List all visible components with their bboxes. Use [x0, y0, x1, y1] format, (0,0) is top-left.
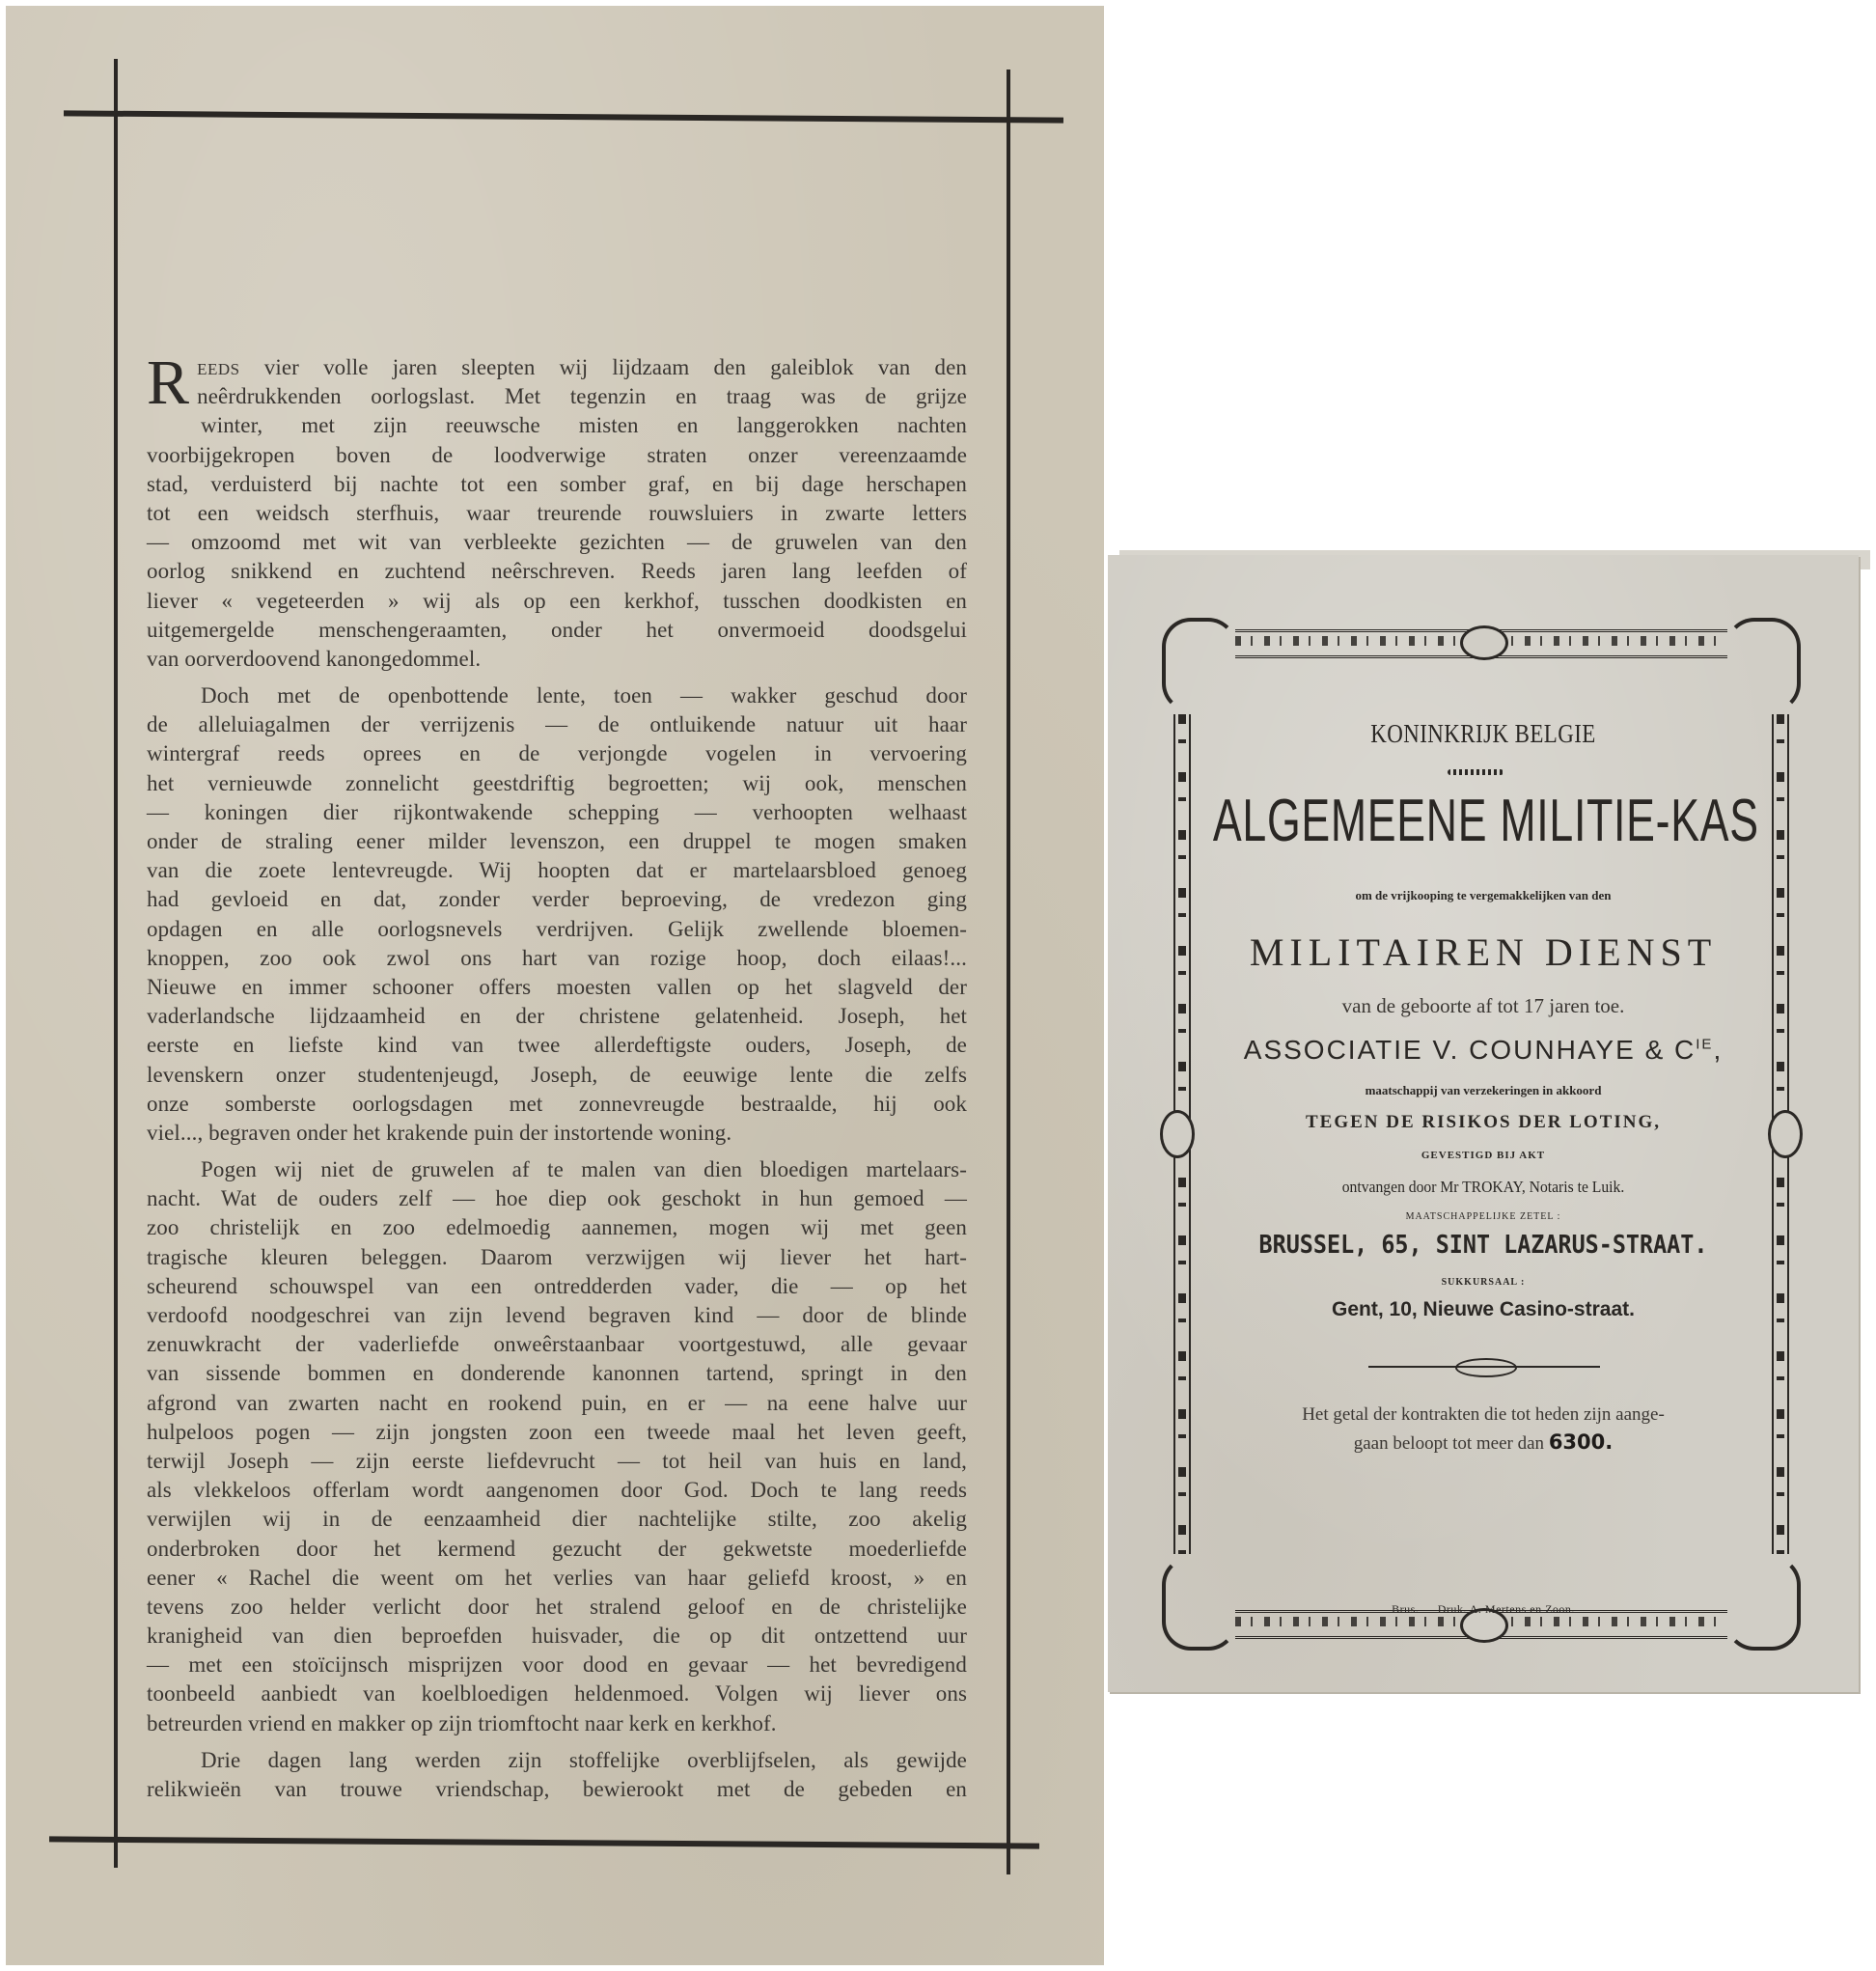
text-line: — koningen dier rijkontwakende schepping… — [147, 798, 967, 827]
text-line: betreurden vriend en makker op zijn trio… — [147, 1709, 967, 1738]
text-line: oorlog snikkend en zuchtend neêrschreven… — [147, 557, 967, 586]
text-line: van die zoete lentevreugde. Wij hoopten … — [147, 856, 967, 885]
text-line: neêrdrukkenden oorlogslast. Met tegenzin… — [147, 382, 967, 411]
drop-cap: R — [147, 355, 189, 411]
text-line: liever « vegeteerden » wij als op een ke… — [147, 587, 967, 616]
contracts-line-2: gaan beloopt tot meer dan 6300. — [1108, 1430, 1859, 1455]
left-rule — [114, 59, 118, 1868]
lottery-risk-line: TEGEN DE RISIKOS DER LOTING, — [1108, 1112, 1859, 1133]
text-line: onze somberste oorlogsdagen met zonnevre… — [147, 1090, 967, 1119]
text-line: Nieuwe en immer schooner offers moesten … — [147, 973, 967, 1002]
contracts-line-1: Het getal der kontrakten die tot heden z… — [1108, 1404, 1859, 1426]
text-line: van sissende bommen en donderende kanonn… — [147, 1359, 967, 1388]
text-line: knoppen, zoo ook zwol ons hart van rozig… — [147, 944, 967, 973]
text-line: voorbijgekropen boven de loodverwige str… — [147, 441, 967, 470]
text-line: zenuwkracht der vaderliefde onweêrstaanb… — [147, 1330, 967, 1359]
text-line: relikwieën van trouwe vriendschap, bewie… — [147, 1775, 967, 1804]
seat-label: MAATSCHAPPELIJKE ZETEL : — [1108, 1211, 1859, 1222]
text-line: het vernieuwde zonnelicht geestdriftig b… — [147, 769, 967, 798]
text-line: hulpeloos pogen — zijn jongsten zoon een… — [147, 1418, 967, 1447]
ornament-corner-tr — [1725, 618, 1801, 712]
text-line: — omzoomd met wit van verbleekte gezicht… — [147, 528, 967, 557]
text-line: winter, met zijn reeuwsche misten en lan… — [147, 411, 967, 440]
branch-address: Gent, 10, Nieuwe Casino-straat. — [1108, 1298, 1859, 1321]
company-description: maatschappij van verzekeringen in akkoor… — [1108, 1083, 1859, 1098]
bottom-rule — [49, 1836, 1039, 1848]
ornament-corner-tl — [1162, 618, 1237, 712]
obituary-text: R EEDS vier volle jaren sleepten wij lij… — [147, 353, 967, 1812]
right-rule — [1007, 69, 1010, 1874]
militia-advert-card: KONINKRIJK BELGIE ALGEMEENE MILITIE-KAS … — [1108, 555, 1859, 1692]
main-title: ALGEMEENE MILITIE-KAS — [1213, 787, 1753, 855]
text-line: uitgemergelde menschengeraamten, onder h… — [147, 616, 967, 645]
text-line: eerste en liefste kind van twee allerdef… — [147, 1031, 967, 1060]
seat-address: BRUSSEL, 65, SINT LAZARUS-STRAAT. — [1145, 1231, 1821, 1260]
top-rule — [64, 110, 1063, 123]
text-line: had gevloeid en dat, zonder verder bepro… — [147, 885, 967, 914]
notary-line: ontvangen door Mr TROKAY, Notaris te Lui… — [1138, 1178, 1829, 1197]
purpose-line: om de vrijkooping te vergemakkelijken va… — [1108, 888, 1859, 903]
paragraph-4: Drie dagen lang werden zijn stoffelijke … — [147, 1746, 967, 1804]
branch-label: SUKKURSAAL : — [1108, 1277, 1859, 1288]
established-label: GEVESTIGD BIJ AKT — [1108, 1150, 1859, 1161]
text-line: stad, verduisterd bij nachte tot een som… — [147, 470, 967, 499]
text-line: verwijlen wij in de eenzaamheid dier nac… — [147, 1505, 967, 1534]
service-title: MILITAIREN DIENST — [1108, 930, 1859, 975]
text-line: nacht. Wat de ouders zelf — hoe diep ook… — [147, 1184, 967, 1213]
text-line: vaderlandsche lijdzaamheid en der christ… — [147, 1002, 967, 1031]
text-line: Pogen wij niet de gruwelen af te malen v… — [147, 1155, 967, 1184]
text-line: levenskern onzer studentenjeugd, Joseph,… — [147, 1061, 967, 1090]
ornamental-frame — [1168, 627, 1795, 1641]
kingdom-heading: KONINKRIJK BELGIE — [1164, 719, 1802, 749]
ornament-medallion-top — [1460, 625, 1508, 660]
text-line: verdoofd noodgeschrei van zijn levend be… — [147, 1301, 967, 1330]
text-line: toonbeeld aanbiedt van koelbloedigen hel… — [147, 1680, 967, 1708]
text-line: Drie dagen lang werden zijn stoffelijke … — [147, 1746, 967, 1775]
paragraph-1: R EEDS vier volle jaren sleepten wij lij… — [147, 353, 967, 674]
contracts-count: 6300. — [1549, 1430, 1613, 1454]
heading-flourish — [1448, 769, 1504, 775]
text-line: zoo christelijk en zoo edelmoedig aannem… — [147, 1213, 967, 1242]
text-line: tot een weidsch sterfhuis, waar treurend… — [147, 499, 967, 528]
text-line: de alleluiagalmen der verrijzenis — de o… — [147, 710, 967, 739]
text-line: afgrond van zwarten nacht en rookend pui… — [147, 1389, 967, 1418]
paragraph-3: Pogen wij niet de gruwelen af te malen v… — [147, 1155, 967, 1738]
text-line: van oorverdoovend kanongedommel. — [147, 645, 967, 674]
text-line: — met een stoïcijnsch misprijzen voor do… — [147, 1651, 967, 1680]
printer-credit: Brus. — Druk. A. Mertens en Zoon. — [1108, 1602, 1859, 1617]
text-line: wintergraf reeds oprees en de verjongde … — [147, 739, 967, 768]
paragraph-2: Doch met de openbottende lente, toen — w… — [147, 681, 967, 1148]
text-line: onderbroken door het kermend gezucht der… — [147, 1535, 967, 1564]
obituary-page: R EEDS vier volle jaren sleepten wij lij… — [6, 6, 1104, 1965]
text-line: tragische kleuren beleggen. Daarom verzw… — [147, 1243, 967, 1272]
text-line: scheurend schouwspel van een ontredderde… — [147, 1272, 967, 1301]
text-line: tevens zoo helder verlicht door het stra… — [147, 1593, 967, 1622]
text-line: als vlekkeloos offerlam wordt aangenomen… — [147, 1476, 967, 1505]
text-line: opdagen en alle oorlogsnevels verdrijven… — [147, 915, 967, 944]
divider-knot — [1455, 1358, 1517, 1377]
text-line: kranigheid van dien beproefden huisvader… — [147, 1622, 967, 1651]
text-line: terwijl Joseph — zijn eerste liefdevruch… — [147, 1447, 967, 1476]
text-line: onder de straling eener milder levenszon… — [147, 827, 967, 856]
text-line: eener « Rachel die weent om het verlies … — [147, 1564, 967, 1593]
text-line: viel..., begraven onder het krakende pui… — [147, 1119, 967, 1148]
text-line: Doch met de openbottende lente, toen — w… — [147, 681, 967, 710]
company-name: ASSOCIATIE V. COUNHAYE & CIE, — [1108, 1035, 1859, 1066]
text-line: EEDS vier volle jaren sleepten wij lijdz… — [147, 353, 967, 382]
age-range: van de geboorte af tot 17 jaren toe. — [1108, 994, 1859, 1018]
